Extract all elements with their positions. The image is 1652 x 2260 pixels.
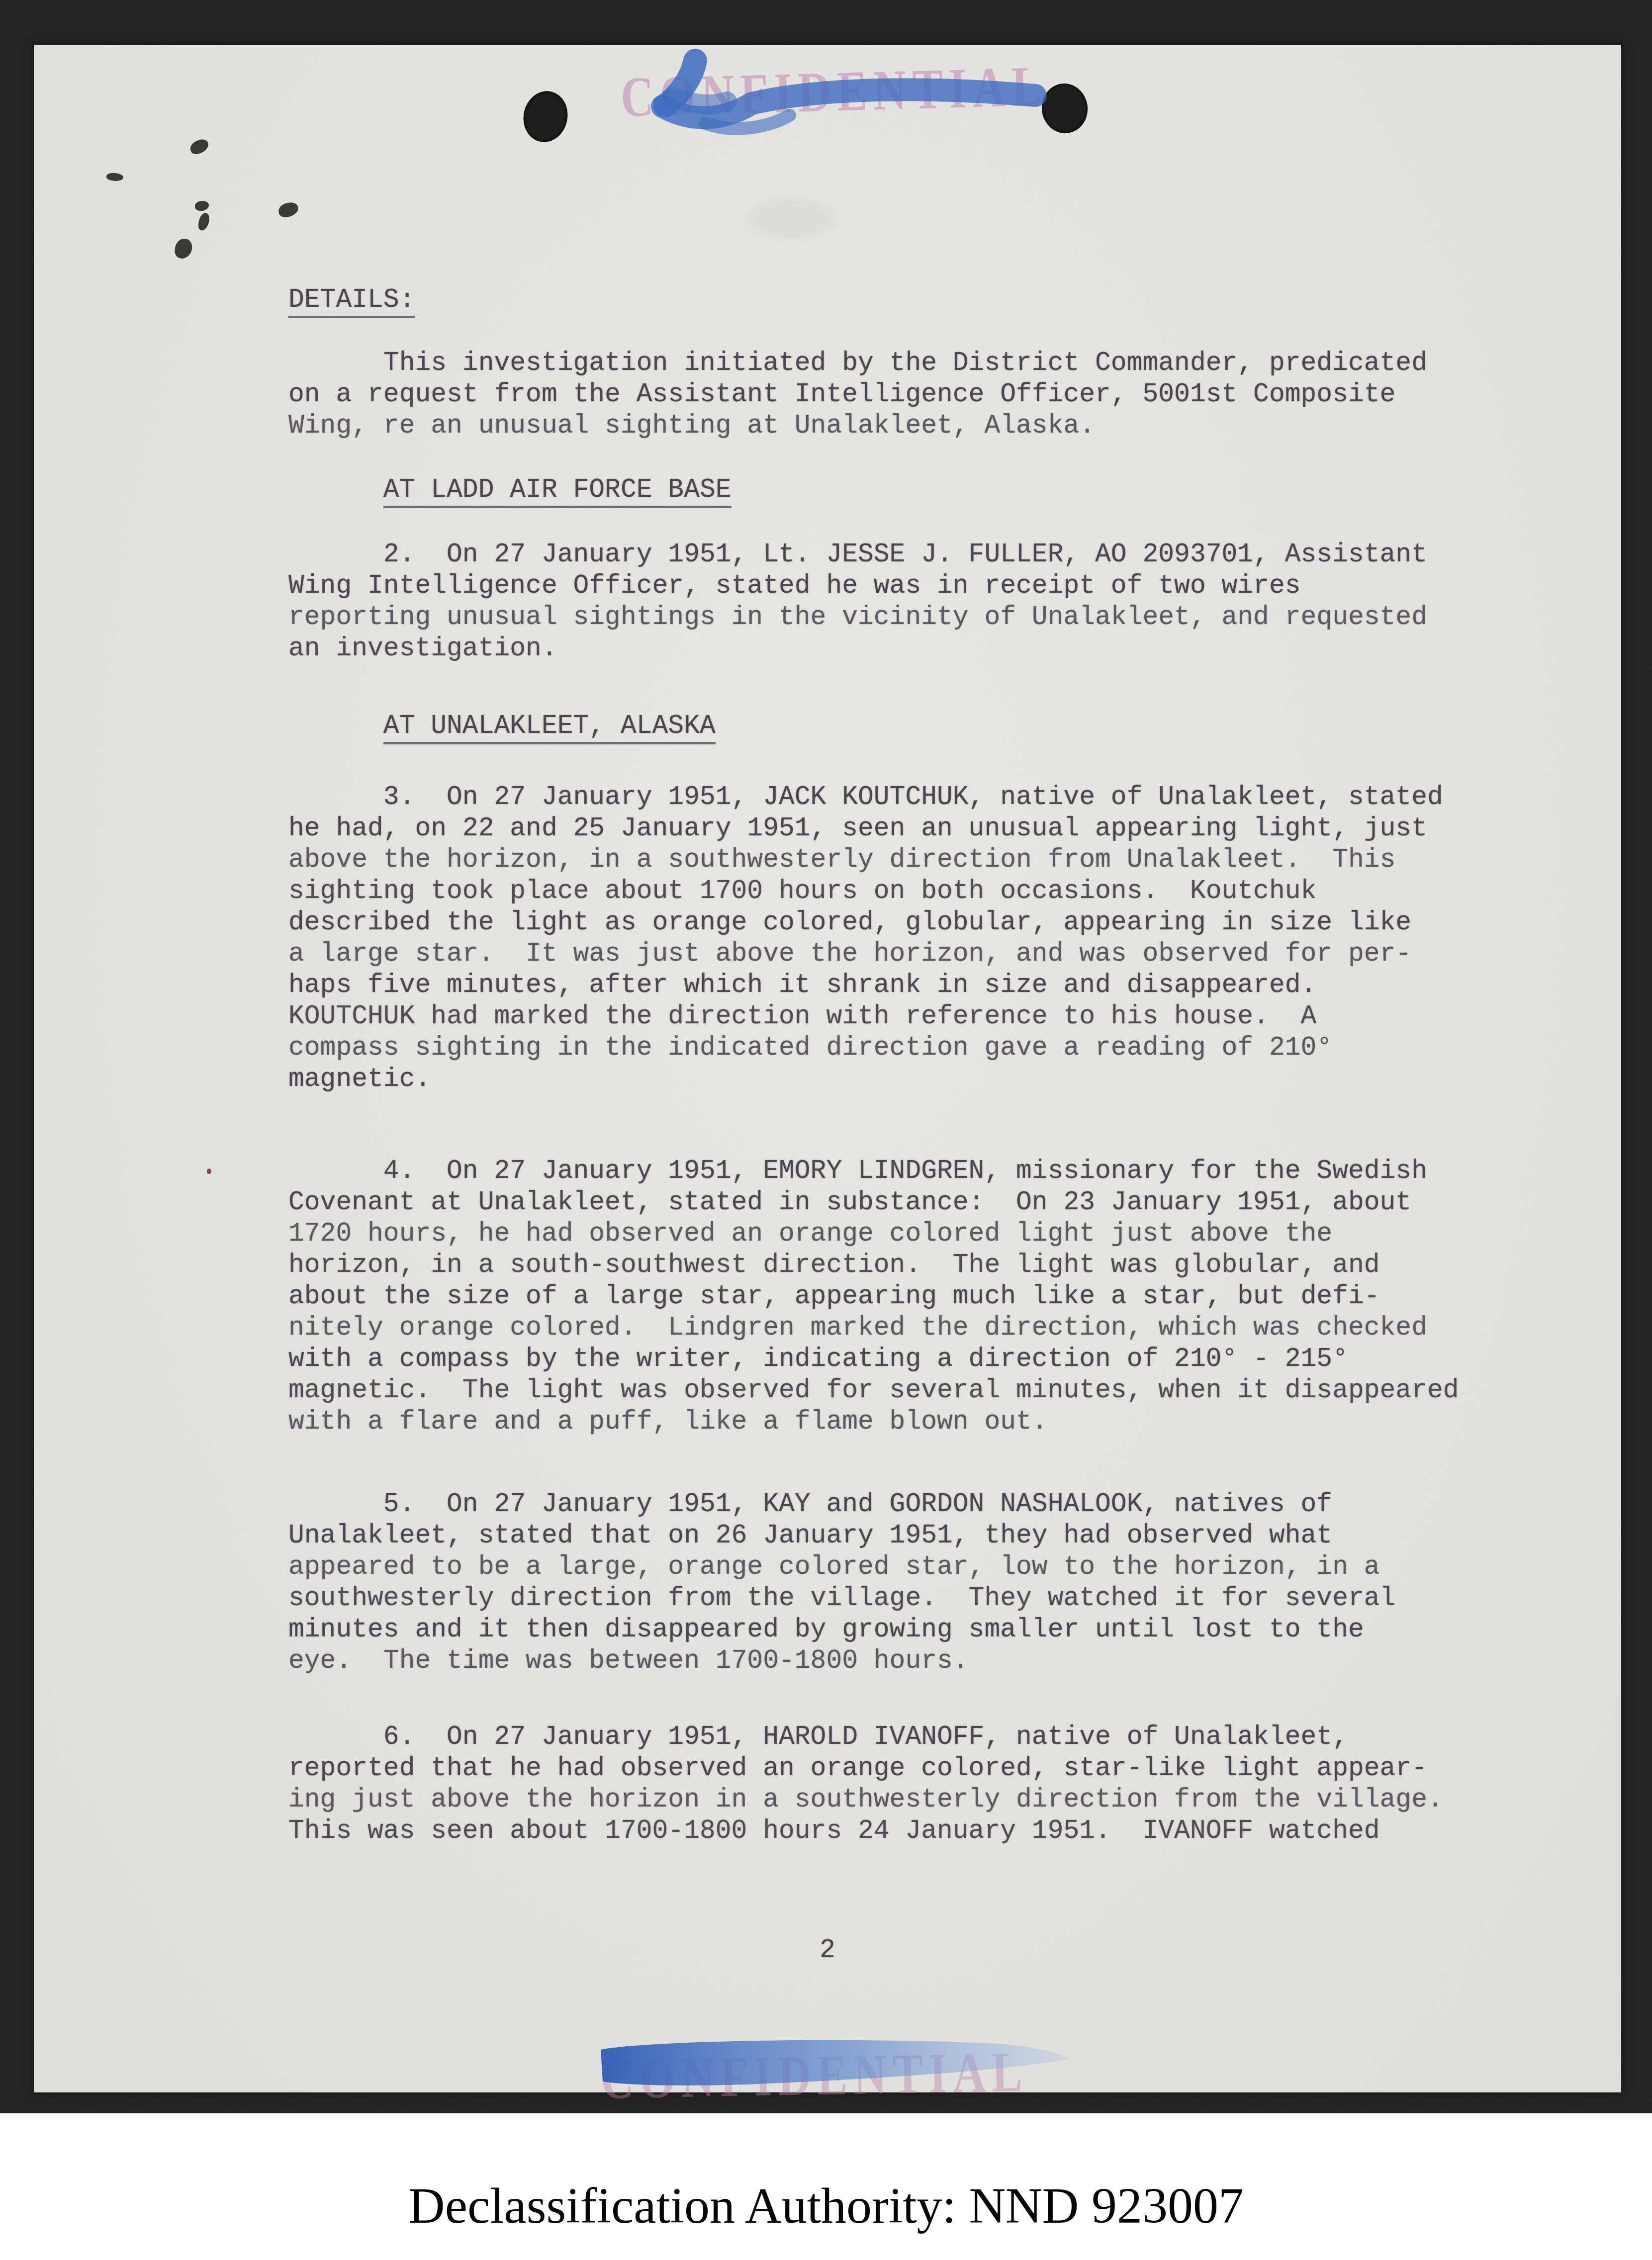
section-heading: DETAILS: (288, 284, 1492, 316)
text-line: This was seen about 1700-1800 hours 24 J… (288, 1815, 1492, 1847)
text-line: appeared to be a large, orange colored s… (288, 1551, 1492, 1583)
text-line: 2. On 27 January 1951, Lt. JESSE J. FULL… (288, 539, 1492, 570)
text-line: Wing Intelligence Officer, stated he was… (288, 570, 1492, 602)
text-line: he had, on 22 and 25 January 1951, seen … (288, 813, 1492, 844)
text-line: Covenant at Unalakleet, stated in substa… (288, 1187, 1492, 1218)
paragraph: 4. On 27 January 1951, EMORY LINDGREN, m… (288, 1156, 1492, 1438)
declassification-caption: Declassification Authority: NND 923007 (0, 2177, 1652, 2235)
confidential-stamp-bottom: CONFIDENTIAL (600, 2039, 1028, 2112)
text-line: eye. The time was between 1700-1800 hour… (288, 1645, 1492, 1677)
text-line: about the size of a large star, appearin… (288, 1281, 1492, 1312)
text-line: ing just above the horizon in a southwes… (288, 1784, 1492, 1815)
confidential-stamp-top: CONFIDENTIAL (620, 53, 1049, 130)
text-line: southwesterly direction from the village… (288, 1583, 1492, 1614)
text-line: reporting unusual sightings in the vicin… (288, 602, 1492, 633)
scanned-document-page: CONFIDENTIAL CONFIDENTIAL DETAILS: (0, 0, 1652, 2260)
text-line: sighting took place about 1700 hours on … (288, 876, 1492, 907)
text-line: haps five minutes, after which it shrank… (288, 970, 1492, 1001)
text-line: horizon, in a south-southwest direction.… (288, 1250, 1492, 1281)
paper-smudge (746, 199, 835, 239)
text-line: 4. On 27 January 1951, EMORY LINDGREN, m… (288, 1156, 1492, 1187)
text-line: KOUTCHUK had marked the direction with r… (288, 1001, 1492, 1032)
text-line: with a flare and a puff, like a flame bl… (288, 1406, 1492, 1438)
text-line: above the horizon, in a southwesterly di… (288, 844, 1492, 876)
paragraph: This investigation initiated by the Dist… (288, 348, 1492, 442)
text-line: 1720 hours, he had observed an orange co… (288, 1218, 1492, 1250)
paragraph: 2. On 27 January 1951, Lt. JESSE J. FULL… (288, 539, 1492, 664)
section-heading-text: AT LADD AIR FORCE BASE (383, 475, 732, 508)
paragraph: 6. On 27 January 1951, HAROLD IVANOFF, n… (288, 1721, 1492, 1847)
text-line: Unalakleet, stated that on 26 January 19… (288, 1520, 1492, 1551)
page-number: 2 (34, 1935, 1621, 1965)
section-heading-text: DETAILS: (288, 285, 415, 318)
paragraph: 3. On 27 January 1951, JACK KOUTCHUK, na… (288, 782, 1492, 1095)
text-line: with a compass by the writer, indicating… (288, 1344, 1492, 1375)
text-line: minutes and it then disappeared by growi… (288, 1614, 1492, 1645)
text-line: 6. On 27 January 1951, HAROLD IVANOFF, n… (288, 1721, 1492, 1753)
text-line: Wing, re an unusual sighting at Unalakle… (288, 410, 1492, 442)
text-line: described the light as orange colored, g… (288, 907, 1492, 938)
document-body: DETAILS: This investigation initiated by… (288, 284, 1492, 1847)
text-line: nitely orange colored. Lindgren marked t… (288, 1312, 1492, 1344)
text-line: a large star. It was just above the hori… (288, 938, 1492, 970)
section-heading-text: AT UNALAKLEET, ALASKA (383, 711, 716, 744)
section-heading: AT UNALAKLEET, ALASKA (383, 711, 1492, 742)
ink-speck-red (207, 1169, 211, 1174)
text-line: reported that he had observed an orange … (288, 1753, 1492, 1784)
text-line: magnetic. The light was observed for sev… (288, 1375, 1492, 1406)
text-line: compass sighting in the indicated direct… (288, 1032, 1492, 1064)
section-heading: AT LADD AIR FORCE BASE (383, 474, 1492, 506)
paragraph: 5. On 27 January 1951, KAY and GORDON NA… (288, 1489, 1492, 1677)
text-line: 5. On 27 January 1951, KAY and GORDON NA… (288, 1489, 1492, 1520)
caption-strip: Declassification Authority: NND 923007 (0, 2113, 1652, 2260)
text-line: magnetic. (288, 1064, 1492, 1095)
text-line: an investigation. (288, 633, 1492, 664)
text-line: This investigation initiated by the Dist… (288, 348, 1492, 379)
text-line: 3. On 27 January 1951, JACK KOUTCHUK, na… (288, 782, 1492, 813)
text-line: on a request from the Assistant Intellig… (288, 379, 1492, 410)
